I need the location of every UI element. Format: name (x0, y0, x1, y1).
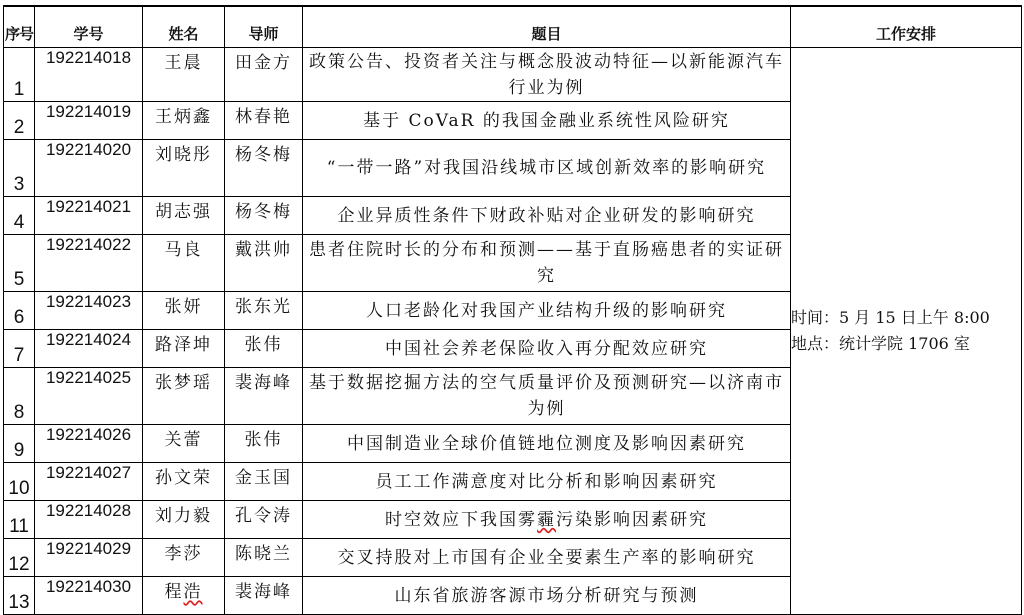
cell-name[interactable]: 刘力毅 (143, 501, 225, 539)
cell-topic[interactable]: “一带一路”对我国沿线城市区域创新效率的影响研究 (303, 140, 791, 197)
topic-text-a: 时空效应下我国雾 (385, 510, 537, 530)
cell-seq[interactable]: 5 (4, 235, 35, 292)
cell-seq[interactable]: 12 (4, 539, 35, 577)
header-schedule[interactable]: 工作安排 (791, 6, 1022, 48)
cell-student-id[interactable]: 192214027 (35, 463, 143, 501)
cell-student-id[interactable]: 192214025 (35, 368, 143, 425)
cell-seq[interactable]: 3 (4, 140, 35, 197)
cell-topic[interactable]: 患者住院时长的分布和预测——基于直肠癌患者的实证研究 (303, 235, 791, 292)
cell-student-id[interactable]: 192214018 (35, 48, 143, 102)
cell-advisor[interactable]: 杨冬梅 (225, 197, 303, 235)
cell-student-id[interactable]: 192214028 (35, 501, 143, 539)
cell-student-id[interactable]: 192214026 (35, 425, 143, 463)
cell-name[interactable]: 胡志强 (143, 197, 225, 235)
cell-name[interactable]: 张梦瑶 (143, 368, 225, 425)
spellcheck-flagged-word: 浩 (184, 582, 203, 602)
cell-topic[interactable]: 时空效应下我国雾霾污染影响因素研究 (303, 501, 791, 539)
cell-name[interactable]: 王晨 (143, 48, 225, 102)
cell-advisor[interactable]: 孔令涛 (225, 501, 303, 539)
cell-name[interactable]: 程浩 (143, 577, 225, 615)
cell-seq[interactable]: 9 (4, 425, 35, 463)
header-seq[interactable]: 序号 (4, 6, 35, 48)
cell-advisor[interactable]: 张伟 (225, 330, 303, 368)
cell-advisor[interactable]: 戴洪帅 (225, 235, 303, 292)
schedule-place: 地点：统计学院 1706 室 (791, 331, 1021, 357)
table-row: 1 192214018 王晨 田金方 政策公告、投资者关注与概念股波动特征—以新… (4, 48, 1022, 102)
cell-seq[interactable]: 8 (4, 368, 35, 425)
header-student-id[interactable]: 学号 (35, 6, 143, 48)
cell-seq[interactable]: 10 (4, 463, 35, 501)
cell-name[interactable]: 马良 (143, 235, 225, 292)
cell-seq[interactable]: 1 (4, 48, 35, 102)
thesis-defense-table: 序号 学号 姓名 导师 题目 工作安排 1 192214018 王晨 田金方 政… (3, 5, 1022, 614)
cell-student-id[interactable]: 192214020 (35, 140, 143, 197)
cell-name[interactable]: 关蕾 (143, 425, 225, 463)
cell-name[interactable]: 路泽坤 (143, 330, 225, 368)
name-text-a: 程 (165, 582, 184, 602)
cell-name[interactable]: 王炳鑫 (143, 102, 225, 140)
spellcheck-flagged-word: 霾 (537, 510, 556, 530)
cell-name[interactable]: 李莎 (143, 539, 225, 577)
cell-seq[interactable]: 11 (4, 501, 35, 539)
cell-topic[interactable]: 员工工作满意度对比分析和影响因素研究 (303, 463, 791, 501)
cell-topic[interactable]: 中国制造业全球价值链地位测度及影响因素研究 (303, 425, 791, 463)
cell-seq[interactable]: 6 (4, 292, 35, 330)
cell-student-id[interactable]: 192214019 (35, 102, 143, 140)
cell-student-id[interactable]: 192214029 (35, 539, 143, 577)
cell-topic[interactable]: 人口老龄化对我国产业结构升级的影响研究 (303, 292, 791, 330)
cell-name[interactable]: 孙文荣 (143, 463, 225, 501)
cell-seq[interactable]: 4 (4, 197, 35, 235)
cell-topic[interactable]: 基于 CoVaR 的我国金融业系统性风险研究 (303, 102, 791, 140)
header-topic[interactable]: 题目 (303, 6, 791, 48)
cell-student-id[interactable]: 192214030 (35, 577, 143, 615)
cell-advisor[interactable]: 林春艳 (225, 102, 303, 140)
cell-topic[interactable]: 中国社会养老保险收入再分配效应研究 (303, 330, 791, 368)
cell-schedule[interactable]: 时间：5 月 15 日上午 8:00 地点：统计学院 1706 室 (791, 48, 1022, 615)
cell-seq[interactable]: 7 (4, 330, 35, 368)
cell-topic[interactable]: 政策公告、投资者关注与概念股波动特征—以新能源汽车行业为例 (303, 48, 791, 102)
cell-advisor[interactable]: 陈晓兰 (225, 539, 303, 577)
cell-student-id[interactable]: 192214023 (35, 292, 143, 330)
cell-seq[interactable]: 13 (4, 577, 35, 615)
cell-student-id[interactable]: 192214021 (35, 197, 143, 235)
cell-topic[interactable]: 基于数据挖掘方法的空气质量评价及预测研究—以济南市为例 (303, 368, 791, 425)
cell-advisor[interactable]: 张东光 (225, 292, 303, 330)
cell-advisor[interactable]: 金玉国 (225, 463, 303, 501)
cell-student-id[interactable]: 192214022 (35, 235, 143, 292)
header-advisor[interactable]: 导师 (225, 6, 303, 48)
cell-name[interactable]: 张妍 (143, 292, 225, 330)
cell-advisor[interactable]: 裴海峰 (225, 577, 303, 615)
cell-advisor[interactable]: 张伟 (225, 425, 303, 463)
spreadsheet: 序号 学号 姓名 导师 题目 工作安排 1 192214018 王晨 田金方 政… (3, 5, 1022, 614)
header-name[interactable]: 姓名 (143, 6, 225, 48)
cell-advisor[interactable]: 裴海峰 (225, 368, 303, 425)
cell-topic[interactable]: 企业异质性条件下财政补贴对企业研发的影响研究 (303, 197, 791, 235)
schedule-time: 时间：5 月 15 日上午 8:00 (791, 305, 1021, 331)
cell-topic[interactable]: 交叉持股对上市国有企业全要素生产率的影响研究 (303, 539, 791, 577)
cell-student-id[interactable]: 192214024 (35, 330, 143, 368)
cell-name[interactable]: 刘晓彤 (143, 140, 225, 197)
cell-seq[interactable]: 2 (4, 102, 35, 140)
cell-advisor[interactable]: 杨冬梅 (225, 140, 303, 197)
cell-topic[interactable]: 山东省旅游客源市场分析研究与预测 (303, 577, 791, 615)
topic-text-b: 污染影响因素研究 (556, 510, 708, 530)
header-row: 序号 学号 姓名 导师 题目 工作安排 (4, 6, 1022, 48)
cell-advisor[interactable]: 田金方 (225, 48, 303, 102)
